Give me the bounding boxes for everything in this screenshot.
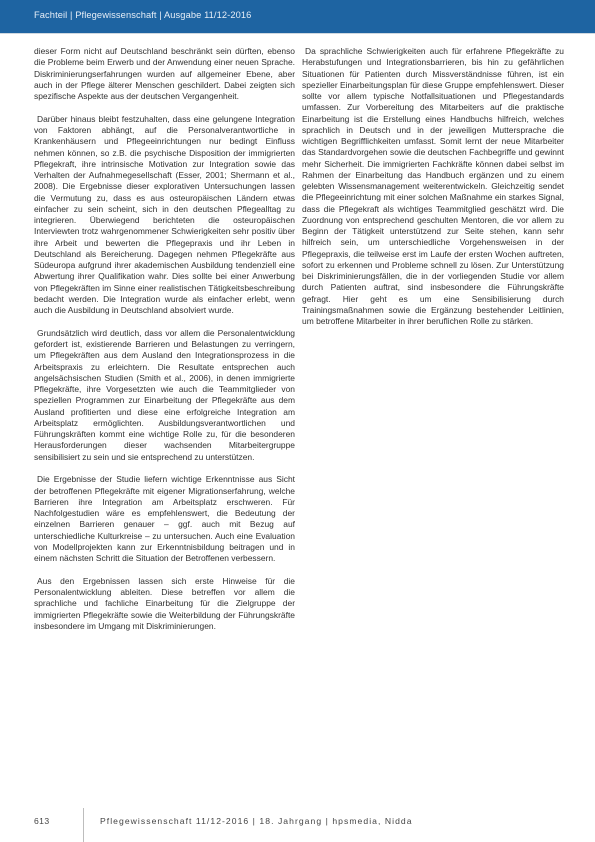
paragraph: Die Ergebnisse der Studie liefern wichti…	[34, 474, 295, 564]
running-title: Fachteil | Pflegewissenschaft | Ausgabe …	[34, 10, 251, 20]
paragraph: dieser Form nicht auf Deutschland beschr…	[34, 46, 295, 102]
publication-line: Pflegewissenschaft 11/12-2016 | 18. Jahr…	[100, 816, 413, 826]
left-column: dieser Form nicht auf Deutschland beschr…	[34, 46, 295, 644]
paragraph: Darüber hinaus bleibt festzuhalten, dass…	[34, 114, 295, 317]
paragraph: Da sprachliche Schwierigkeiten auch für …	[302, 46, 564, 327]
page-number: 613	[34, 816, 50, 826]
footer: 613 Pflegewissenschaft 11/12-2016 | 18. …	[0, 800, 595, 842]
header-bar: Fachteil | Pflegewissenschaft | Ausgabe …	[0, 0, 595, 34]
footer-divider	[83, 808, 84, 842]
paragraph: Grundsätzlich wird deutlich, dass vor al…	[34, 328, 295, 463]
right-column: Da sprachliche Schwierigkeiten auch für …	[302, 46, 564, 339]
paragraph: Aus den Ergebnissen lassen sich erste Hi…	[34, 576, 295, 632]
